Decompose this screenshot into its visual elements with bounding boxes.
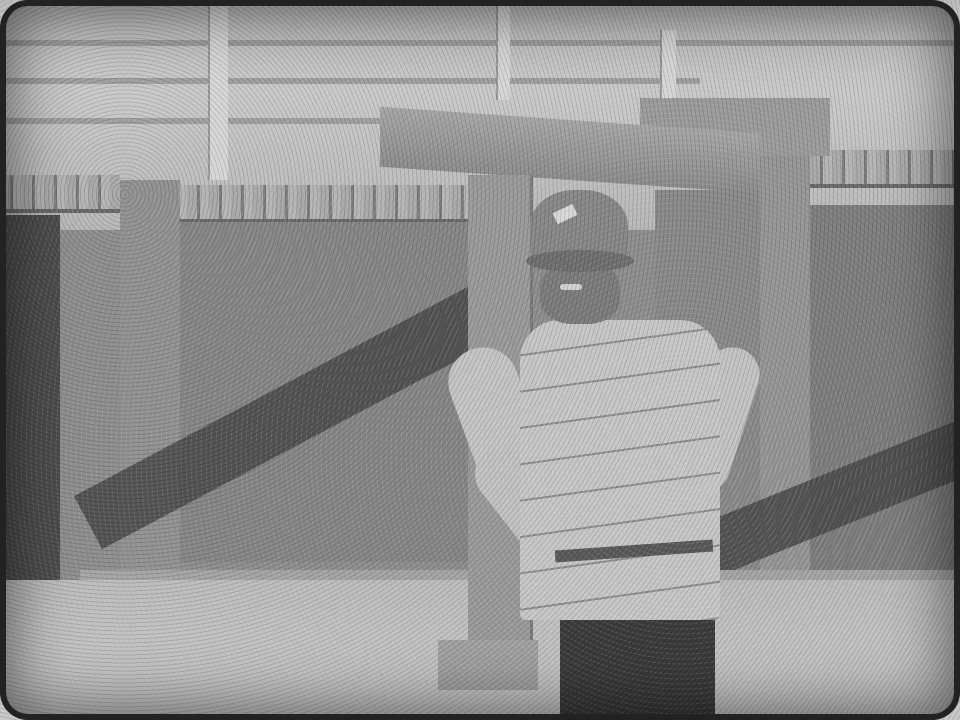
hat-brim	[526, 250, 634, 272]
roof-tiles-center	[165, 185, 470, 223]
roof-tiles-right	[810, 150, 960, 188]
woman-skirt	[560, 615, 715, 720]
woman-smile	[560, 284, 582, 290]
cornice-band	[0, 40, 960, 46]
utility-pole	[208, 0, 228, 180]
utility-pole	[496, 0, 510, 100]
pillar-base	[438, 640, 538, 690]
cornice-band	[0, 78, 700, 84]
shaded-doorway	[0, 215, 60, 585]
roof-tiles-left	[0, 175, 120, 213]
photo-frame	[0, 0, 960, 720]
woman-sweater	[520, 320, 720, 620]
